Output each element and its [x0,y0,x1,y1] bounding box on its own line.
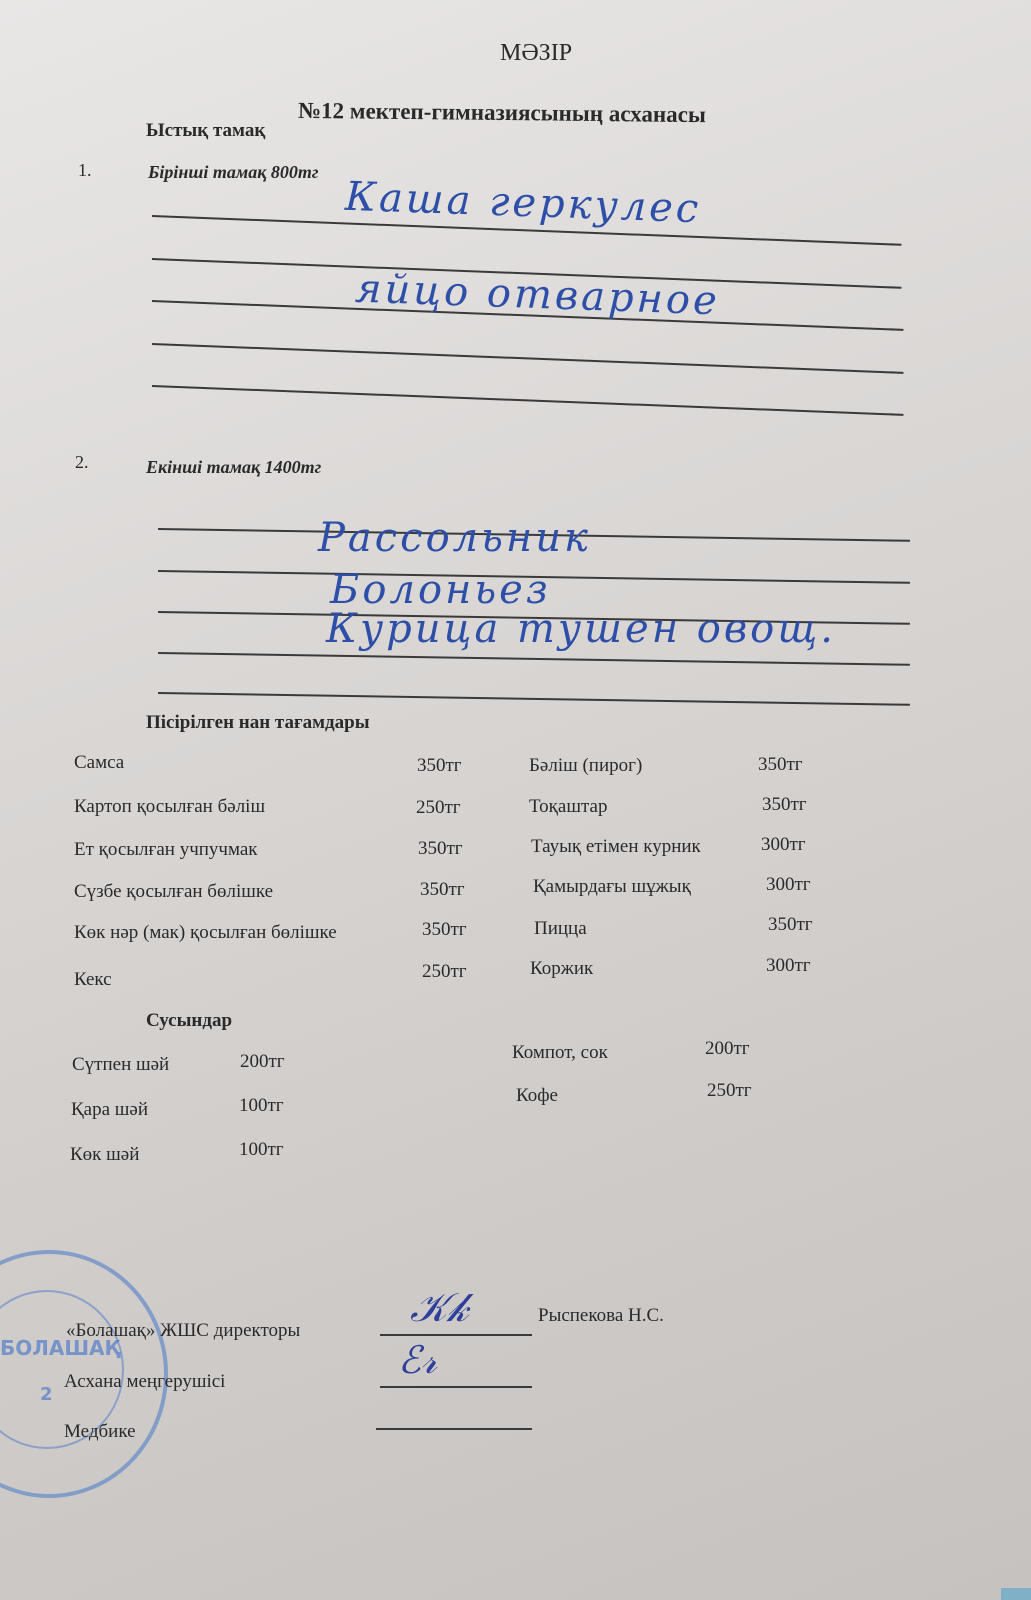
signature-line [380,1386,532,1388]
menu-title: МӘЗІР [500,40,572,67]
bakery-item-name: Тоқаштар [529,796,607,818]
bakery-item-name: Кекс [74,969,112,991]
page-edge [1001,1588,1031,1600]
canteen-head-signature: ℰ𝓇 [398,1338,437,1383]
drink-name: Компот, сок [512,1042,608,1064]
bakery-item-name: Коржик [530,958,593,980]
drink-name: Көк шәй [70,1144,139,1166]
bakery-item-price: 350тг [762,794,807,816]
bakery-item-price: 350тг [418,838,463,860]
bakery-item-name: Самса [74,752,124,774]
bakery-item-price: 350тг [420,879,465,901]
canteen-head-label: Асхана меңгерушісі [64,1371,225,1393]
bakery-item-price: 350тг [758,754,803,776]
handwritten-second-course-1: Рассольник [318,515,591,561]
drink-price: 200тг [240,1051,285,1073]
director-name: Рыспекова Н.С. [538,1305,664,1327]
drinks-heading: Сусындар [146,1010,232,1032]
first-course-label: Бірінші тамақ 800тг [148,162,319,183]
signature-line [380,1334,532,1336]
write-line [158,692,910,705]
bakery-item-price: 350тг [768,914,813,936]
bakery-item-name: Көк нәр (мак) қосылған бөлішке [74,922,337,944]
first-course-number: 1. [78,160,92,181]
drink-price: 100тг [239,1095,284,1117]
drink-price: 100тг [239,1139,284,1161]
bakery-item-price: 350тг [422,919,467,941]
bakery-item-price: 250тг [422,961,467,983]
bakery-item-name: Картоп қосылған бәліш [74,796,265,818]
drink-name: Кофе [516,1085,558,1107]
bakery-item-price: 350тг [417,755,462,777]
drink-price: 200тг [705,1038,750,1060]
handwritten-second-course-3: Курица тушен овощ. [326,606,836,652]
stamp-number: 2 [40,1384,53,1405]
bakery-item-name: Қамырдағы шұжық [533,876,691,898]
handwritten-first-course-2: яйцо отварное [354,266,720,325]
write-line [152,343,904,373]
write-line [158,652,910,665]
drink-price: 250тг [707,1080,752,1102]
hot-food-heading: Ыстық тамақ [146,120,265,142]
bakery-item-price: 250тг [416,797,461,819]
bakery-item-name: Пицца [534,918,587,940]
write-line [152,385,904,415]
bakery-heading: Пісірілген нан тағамдары [146,712,370,734]
bakery-item-name: Бәліш (пирог) [529,755,642,777]
drink-name: Сүтпен шәй [72,1054,169,1076]
signature-line [376,1428,532,1430]
handwritten-first-course-1: Каша геркулес [344,174,702,232]
director-label: «Болашақ» ЖШС директоры [66,1320,300,1342]
director-signature: 𝒦𝓀 [410,1285,469,1331]
bakery-item-name: Сүзбе қосылған бөлішке [74,881,273,903]
drink-name: Қара шәй [71,1099,148,1121]
canteen-name: №12 мектеп-гимназиясының асханасы [298,98,706,128]
bakery-item-price: 300тг [761,834,806,856]
bakery-item-name: Ет қосылған учпучмак [74,839,258,861]
bakery-item-name: Тауық етімен курник [531,836,701,858]
bakery-item-price: 300тг [766,874,811,896]
nurse-label: Медбике [64,1421,136,1443]
second-course-number: 2. [75,452,89,473]
bakery-item-price: 300тг [766,955,811,977]
second-course-label: Екінші тамақ 1400тг [146,457,321,478]
